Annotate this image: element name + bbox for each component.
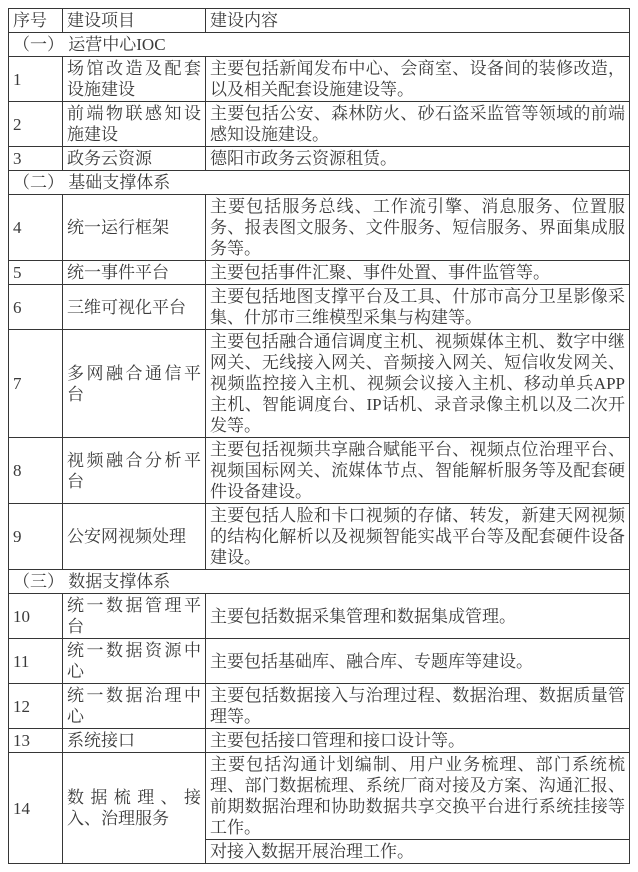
row-number: 11 [9,639,63,684]
project-row: 7多网融合通信平台主要包括融合通信调度主机、视频媒体主机、数字中继网关、无线接入… [9,330,630,438]
project-row: 10统一数据管理平台主要包括数据采集管理和数据集成管理。 [9,594,630,639]
section-title: （一） 运营中心IOC [9,33,630,57]
row-number: 2 [9,102,63,147]
project-name: 场馆改造及配套设施建设 [63,57,206,102]
project-row: 5统一事件平台主要包括事件汇聚、事件处置、事件监管等。 [9,261,630,285]
project-row: 13系统接口主要包括接口管理和接口设计等。 [9,729,630,753]
project-name: 统一数据管理平台 [63,594,206,639]
project-name: 前端物联感知设施建设 [63,102,206,147]
section-row: （二） 基础支撑体系 [9,171,630,195]
project-row: 12统一数据治理中心主要包括数据接入与治理过程、数据治理、数据质量管理等。 [9,684,630,729]
header-project-content: 建设内容 [206,9,630,33]
project-content: 主要包括融合通信调度主机、视频媒体主机、数字中继网关、无线接入网关、音频接入网关… [206,330,630,438]
section-title: （二） 基础支撑体系 [9,171,630,195]
row-number: 8 [9,438,63,504]
row-number: 6 [9,285,63,330]
header-project-name: 建设项目 [63,9,206,33]
construction-projects-table: 序号 建设项目 建设内容 （一） 运营中心IOC1场馆改造及配套设施建设主要包括… [8,8,630,864]
row-number: 12 [9,684,63,729]
project-name: 系统接口 [63,729,206,753]
project-content: 主要包括地图支撑平台及工具、什邡市高分卫星影像采集、什邡市三维模型采集与构建等。 [206,285,630,330]
row-number: 3 [9,147,63,171]
project-row: 11统一数据资源中心主要包括基础库、融合库、专题库等建设。 [9,639,630,684]
project-name: 数据梳理、接入、治理服务 [63,753,206,864]
project-content: 德阳市政务云资源租赁。 [206,147,630,171]
project-content: 主要包括沟通计划编制、用户业务梳理、部门系统梳理、部门数据梳理、系统厂商对接及方… [206,753,630,840]
table-header-row: 序号 建设项目 建设内容 [9,9,630,33]
project-row: 1场馆改造及配套设施建设主要包括新闻发布中心、会商室、设备间的装修改造，以及相关… [9,57,630,102]
project-name: 统一数据治理中心 [63,684,206,729]
section-row: （三） 数据支撑体系 [9,570,630,594]
project-name: 政务云资源 [63,147,206,171]
row-number: 9 [9,504,63,570]
project-row: 8视频融合分析平台主要包括视频共享融合赋能平台、视频点位治理平台、视频国标网关、… [9,438,630,504]
project-row: 4统一运行框架主要包括服务总线、工作流引擎、消息服务、位置服务、报表图文服务、文… [9,195,630,261]
project-content: 主要包括基础库、融合库、专题库等建设。 [206,639,630,684]
project-content: 主要包括数据采集管理和数据集成管理。 [206,594,630,639]
row-number: 7 [9,330,63,438]
project-name: 统一事件平台 [63,261,206,285]
project-content: 主要包括服务总线、工作流引擎、消息服务、位置服务、报表图文服务、文件服务、短信服… [206,195,630,261]
table-body: 序号 建设项目 建设内容 （一） 运营中心IOC1场馆改造及配套设施建设主要包括… [9,9,630,864]
project-content: 主要包括事件汇聚、事件处置、事件监管等。 [206,261,630,285]
project-content: 主要包括视频共享融合赋能平台、视频点位治理平台、视频国标网关、流媒体节点、智能解… [206,438,630,504]
project-content: 主要包括人脸和卡口视频的存储、转发，新建天网视频的结构化解析以及视频智能实战平台… [206,504,630,570]
project-name: 统一运行框架 [63,195,206,261]
project-name: 多网融合通信平台 [63,330,206,438]
section-row: （一） 运营中心IOC [9,33,630,57]
row-number: 5 [9,261,63,285]
project-content: 主要包括数据接入与治理过程、数据治理、数据质量管理等。 [206,684,630,729]
project-content: 对接入数据开展治理工作。 [206,840,630,864]
project-name: 统一数据资源中心 [63,639,206,684]
project-row: 3政务云资源德阳市政务云资源租赁。 [9,147,630,171]
header-serial-number: 序号 [9,9,63,33]
row-number: 14 [9,753,63,864]
project-content: 主要包括新闻发布中心、会商室、设备间的装修改造，以及相关配套设施建设等。 [206,57,630,102]
row-number: 10 [9,594,63,639]
row-number: 13 [9,729,63,753]
project-row: 6三维可视化平台主要包括地图支撑平台及工具、什邡市高分卫星影像采集、什邡市三维模… [9,285,630,330]
project-content: 主要包括公安、森林防火、砂石盗采监管等领域的前端感知设施建设。 [206,102,630,147]
project-content: 主要包括接口管理和接口设计等。 [206,729,630,753]
project-row: 9公安网视频处理主要包括人脸和卡口视频的存储、转发，新建天网视频的结构化解析以及… [9,504,630,570]
row-number: 4 [9,195,63,261]
row-number: 1 [9,57,63,102]
project-name: 视频融合分析平台 [63,438,206,504]
project-row: 2前端物联感知设施建设主要包括公安、森林防火、砂石盗采监管等领域的前端感知设施建… [9,102,630,147]
project-name: 公安网视频处理 [63,504,206,570]
project-name: 三维可视化平台 [63,285,206,330]
project-row: 14数据梳理、接入、治理服务主要包括沟通计划编制、用户业务梳理、部门系统梳理、部… [9,753,630,840]
section-title: （三） 数据支撑体系 [9,570,630,594]
